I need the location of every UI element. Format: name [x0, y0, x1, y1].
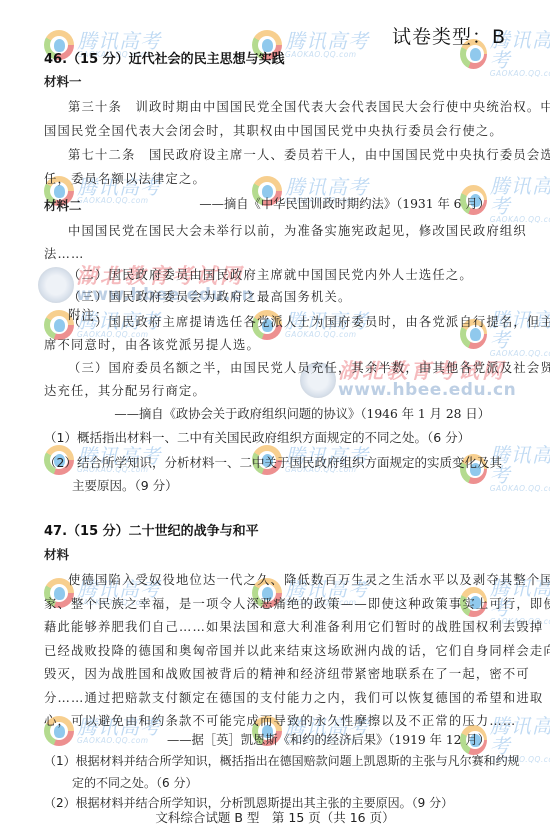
paragraph-line: 藉此能够养肥我们自己……如果法国和意大利准备利用它们暂时的战胜国权利去毁掉	[44, 617, 543, 635]
source-citation: ——据［英］凯恩斯《和约的经济后果》（1919 年 12 月）	[167, 730, 490, 748]
sub-question: （2）结合所学知识，分析材料一、二中关于国民政府组织方面规定的实质变化及其	[44, 453, 502, 471]
material-1-label: 材料一	[44, 72, 82, 90]
paragraph-line: 心，可以避免由和约条款不可能完成而导致的永久性摩擦以及不正常的压力……	[44, 711, 516, 729]
sub-question: （1）根据材料并结合所学知识，概括指出在德国赔款问题上凯恩斯的主张与凡尔赛和约规	[44, 752, 520, 769]
paragraph-line: 家、整个民族之幸福，是一项令人深恶痛绝的政策——即使这种政策事实上可行，即使	[44, 594, 550, 612]
paragraph-line: 任，委员名额以法律定之。	[44, 169, 206, 187]
paragraph-line: 第三十条 训政时期由中国国民党全国代表大会代表国民大会行使中央统治权。中	[68, 97, 550, 115]
sub-question: （1）概括指出材料一、二中有关国民政府组织方面规定的不同之处。（6 分）	[44, 428, 470, 446]
paragraph-line: （三）国民政府委员会为政府之最高国务机关。	[68, 287, 351, 305]
page-footer: 文科综合试题 B 型 第 15 页（共 16 页）	[0, 808, 550, 825]
paragraph-line: 法……	[44, 244, 85, 262]
paragraph-line: 分……通过把赔款支付额定在德国的支付能力之内，我们可以恢复德国的希望和进取	[44, 688, 543, 706]
exam-page: 腾讯高考GAOKAO.QQ.com 腾讯高考GAOKAO.QQ.com 腾讯高考…	[0, 0, 550, 825]
paragraph-line: 中国国民党在国民大会未举行以前，为准备实施宪政起见，修改国民政府组织	[68, 221, 527, 239]
paragraph-line: （二）国民政府委员由国民政府主席就中国国民党内外人士选任之。	[68, 265, 473, 283]
paragraph-line: 使德国陷入受奴役地位达一代之久、降低数百万生灵之生活水平以及剥夺其整个国	[68, 570, 550, 588]
paragraph-line: 毁灭，因为战胜国和战败国被背后的精神和经济纽带紧密地联系在了一起，密不可	[44, 664, 530, 682]
paragraph-line: 国国民党全国代表大会闭会时，其职权由中国国民党中央执行委员会行使之。	[44, 121, 503, 139]
material-label: 材料	[44, 545, 69, 563]
sub-question: 主要原因。（9 分）	[72, 476, 178, 494]
sub-question: 定的不同之处。（6 分）	[72, 774, 197, 791]
paragraph-line: 已经战败投降的德国和奥匈帝国并以此来结束这场欧洲内战的话，它们自身同样会走向	[44, 641, 550, 659]
material-2-label: 材料二	[44, 196, 82, 214]
paper-type-label: 试卷类型：B	[392, 22, 506, 49]
paragraph-line: 第七十二条 国民政府设主席一人、委员若干人，由中国国民党中央执行委员会选	[68, 145, 550, 163]
question-46-title: 46.（15 分）近代社会的民主思想与实践	[44, 48, 285, 67]
source-citation: ——摘自《政协会关于政府组织问题的协议》（1946 年 1 月 28 日）	[114, 404, 490, 422]
question-47-title: 47.（15 分）二十世纪的战争与和平	[44, 520, 259, 539]
paragraph-line: （一）国民政府主席提请选任各党派人士为国府委员时，由各党派自行提名，但主	[68, 312, 550, 330]
paragraph-line: 达充任，其分配另行商定。	[44, 381, 206, 399]
paragraph-line: 席不同意时，由各该党派另提人选。	[44, 335, 260, 353]
source-citation: ——摘自《中华民国训政时期约法》（1931 年 6 月）	[199, 194, 490, 212]
paragraph-line: （三）国府委员名额之半，由国民党人员充任，其余半数，由其他各党派及社会贤	[68, 358, 550, 376]
